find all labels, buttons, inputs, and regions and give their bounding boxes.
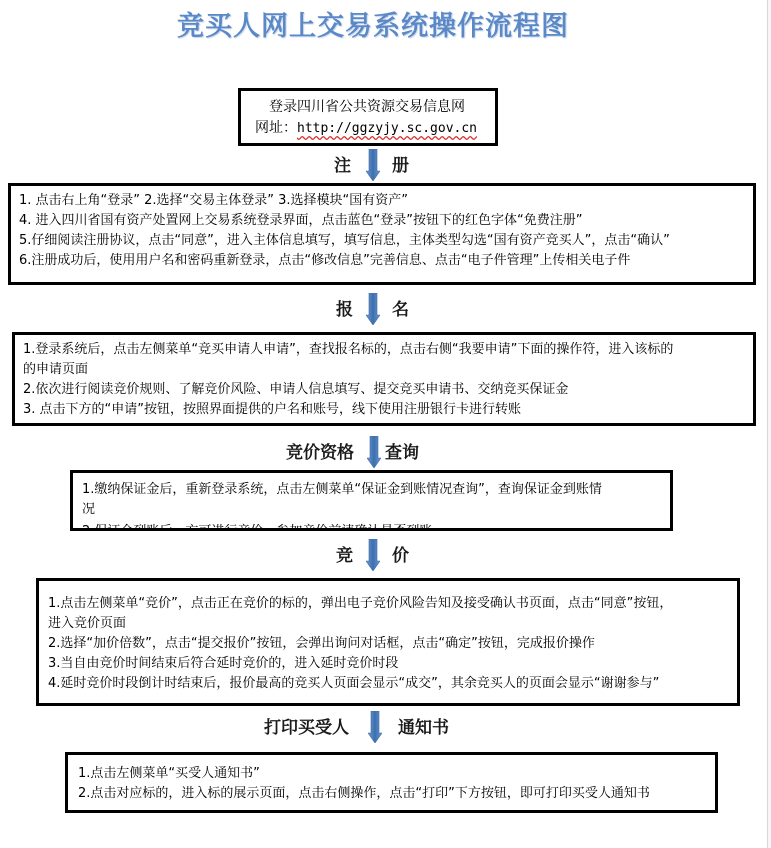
step-print-notice: 打印买受人 通知书 xyxy=(0,711,746,741)
register-step-line: 6.注册成功后，使用用户名和密码重新登录，点击“修改信息”完善信息、点击“电子件… xyxy=(19,251,753,271)
down-arrow-icon xyxy=(366,293,380,325)
notice-steps-box: 1.点击左侧菜单“买受人通知书” 2.点击对应标的，进入标的展示页面，点击右侧操… xyxy=(65,752,718,813)
down-arrow-icon xyxy=(367,436,381,468)
step-label-left: 竞价资格 xyxy=(286,438,354,463)
signup-step-line: 1.登录系统后，点击左侧菜单“竞买申请人申请”，查找报名标的，点击右侧“我要申请… xyxy=(23,340,753,360)
signup-step-line: 2.依次进行阅读竞价规则、了解竞价风险、申请人信息填写、提交竞买申请书、交纳竞买… xyxy=(23,380,753,400)
bid-step-line: 进入竞价页面 xyxy=(48,614,737,634)
step-bidding: 竞 价 xyxy=(0,539,746,569)
step-signup: 报 名 xyxy=(0,293,746,323)
step-label-left: 竞 xyxy=(336,541,353,566)
url-label: 网址： xyxy=(255,120,297,136)
query-step-line: 况 xyxy=(82,500,670,520)
register-step-line: 4. 进入四川省国有资产处置网上交易系统登录界面，点击蓝色“登录”按钮下的红色字… xyxy=(19,211,753,231)
query-step-line-clipped: 2.保证金到账后，方可进行竞价，参加竞价前请确认是否到账 xyxy=(82,522,670,528)
step-register: 注 册 xyxy=(0,149,746,179)
step-label-right: 名 xyxy=(392,295,409,320)
step-label-right: 通知书 xyxy=(398,713,449,738)
bid-step-line: 2.选择“加价倍数”，点击“提交报价”按钮，会弹出询问对话框，点击“确定”按钮，… xyxy=(48,634,737,654)
bidding-steps-box: 1.点击左侧菜单“竞价”，点击正在竞价的标的，弹出电子竞价风险告知及接受确认书页… xyxy=(36,578,740,706)
register-steps-box: 1. 点击右上角“登录” 2.选择“交易主体登录” 3.选择模块“国有资产” 4… xyxy=(8,183,756,285)
bid-step-line: 4.延时竞价时段倒计时结束后，报价最高的竞买人页面会显示“成交”，其余竞买人的页… xyxy=(48,674,737,694)
register-step-line: 1. 点击右上角“登录” 2.选择“交易主体登录” 3.选择模块“国有资产” xyxy=(19,191,753,211)
page-edge xyxy=(767,0,771,848)
notice-step-line: 1.点击左侧菜单“买受人通知书” xyxy=(78,764,715,784)
down-arrow-icon xyxy=(366,539,380,571)
signup-step-line: 的申请页面 xyxy=(23,360,753,380)
step-label-right: 价 xyxy=(392,541,409,566)
bid-step-line: 1.点击左侧菜单“竞价”，点击正在竞价的标的，弹出电子竞价风险告知及接受确认书页… xyxy=(48,594,737,614)
signup-step-line: 3. 点击下方的“申请”按钮，按照界面提供的户名和账号，线下使用注册银行卡进行转… xyxy=(23,400,753,420)
step-label-right: 查询 xyxy=(385,438,419,463)
bid-step-line: 3.当自由竞价时间结束后符合延时竞价的，进入延时竞价时段 xyxy=(48,654,737,674)
step-label-left: 打印买受人 xyxy=(264,713,349,738)
signup-steps-box: 1.登录系统后，点击左侧菜单“竞买申请人申请”，查找报名标的，点击右侧“我要申请… xyxy=(12,332,756,426)
login-url-line: 网址：http://ggzyjy.sc.gov.cn xyxy=(255,118,495,139)
step-label-left: 注 xyxy=(334,151,351,176)
step-qualification-query: 竞价资格 查询 xyxy=(0,436,746,466)
login-site-name: 登录四川省公共资源交易信息网 xyxy=(255,97,495,118)
step-label-right: 册 xyxy=(392,151,409,176)
site-url-link[interactable]: http://ggzyjy.sc.gov.cn xyxy=(297,121,477,136)
down-arrow-icon xyxy=(368,711,382,743)
query-step-line: 1.缴纳保证金后，重新登录系统，点击左侧菜单“保证金到账情况查询”，查询保证金到… xyxy=(82,480,670,500)
deposit-query-box: 1.缴纳保证金后，重新登录系统，点击左侧菜单“保证金到账情况查询”，查询保证金到… xyxy=(70,470,673,531)
step-label-left: 报 xyxy=(336,295,353,320)
register-step-line: 5.仔细阅读注册协议，点击“同意”，进入主体信息填写，填写信息，主体类型勾选“国… xyxy=(19,231,753,251)
down-arrow-icon xyxy=(366,149,380,181)
notice-step-line: 2.点击对应标的，进入标的展示页面，点击右侧操作，点击“打印”下方按钮，即可打印… xyxy=(78,784,715,804)
login-site-box: 登录四川省公共资源交易信息网 网址：http://ggzyjy.sc.gov.c… xyxy=(238,88,498,146)
page-title: 竞买人网上交易系统操作流程图 xyxy=(0,4,746,43)
